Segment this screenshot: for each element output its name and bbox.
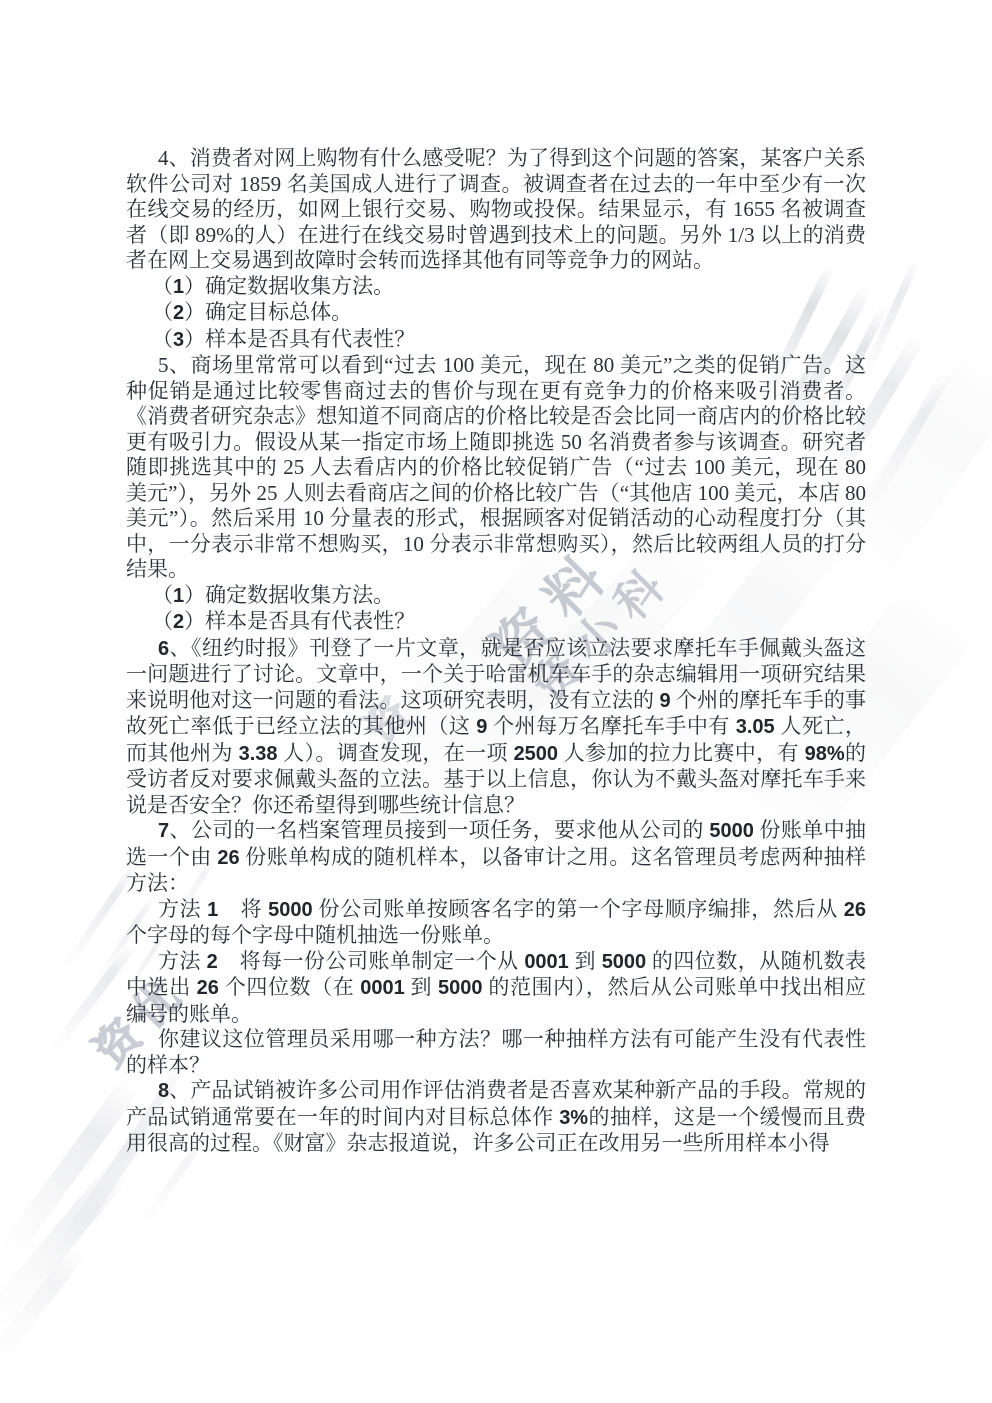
- question-8-paragraph: 8、产品试销被许多公司用作评估消费者是否喜欢某种新产品的手段。常规的产品试销通常…: [126, 1078, 866, 1157]
- question-8: 8、产品试销被许多公司用作评估消费者是否喜欢某种新产品的手段。常规的产品试销通常…: [126, 1078, 866, 1157]
- question-5-paragraph: 5、商场里常常可以看到“过去 100 美元，现在 80 美元”之类的促销广告。这…: [126, 353, 866, 583]
- question-4-subitem: （1）确定数据收集方法。: [126, 274, 866, 301]
- question-7: 7、公司的一名档案管理员接到一项任务，要求他从公司的 5000 份账单中抽选一个…: [126, 818, 866, 1078]
- question-7-paragraph: 方法 1 将 5000 份公司账单按顾客名字的第一个字母顺序编排，然后从 26 …: [126, 897, 866, 949]
- question-6: 6、《纽约时报》刊登了一片文章，就是否应该立法要求摩托车手佩戴头盔这一问题进行了…: [126, 636, 866, 819]
- swoosh-decoration: [0, 1158, 133, 1332]
- question-5-subitem: （1）确定数据收集方法。: [126, 583, 866, 610]
- question-7-paragraph: 方法 2 将每一份公司账单制定一个从 0001 到 5000 的四位数，从随机数…: [126, 949, 866, 1028]
- question-4-subitem: （3）样本是否具有代表性？: [126, 327, 866, 354]
- question-4-subitem: （2）确定目标总体。: [126, 300, 866, 327]
- question-5: 5、商场里常常可以看到“过去 100 美元，现在 80 美元”之类的促销广告。这…: [126, 353, 866, 636]
- question-7-paragraph: 你建议这位管理员采用哪一种方法？哪一种抽样方法有可能产生没有代表性的样本？: [126, 1027, 866, 1078]
- question-7-paragraph: 7、公司的一名档案管理员接到一项任务，要求他从公司的 5000 份账单中抽选一个…: [126, 818, 866, 897]
- swoosh-decoration: [0, 1242, 89, 1367]
- question-4-paragraph: 4、消费者对网上购物有什么感受呢？为了得到这个问题的答案，某客户关系软件公司对 …: [126, 146, 866, 274]
- document-body: 4、消费者对网上购物有什么感受呢？为了得到这个问题的答案，某客户关系软件公司对 …: [0, 0, 992, 1157]
- question-5-subitem: （2）样本是否具有代表性？: [126, 609, 866, 636]
- question-4: 4、消费者对网上购物有什么感受呢？为了得到这个问题的答案，某客户关系软件公司对 …: [126, 146, 866, 353]
- page: 资料 资小科 资优 资 4、消费者对网上购物有什么感受呢？为了得到这个问题的答案…: [0, 0, 992, 1403]
- question-6-paragraph: 6、《纽约时报》刊登了一片文章，就是否应该立法要求摩托车手佩戴头盔这一问题进行了…: [126, 636, 866, 819]
